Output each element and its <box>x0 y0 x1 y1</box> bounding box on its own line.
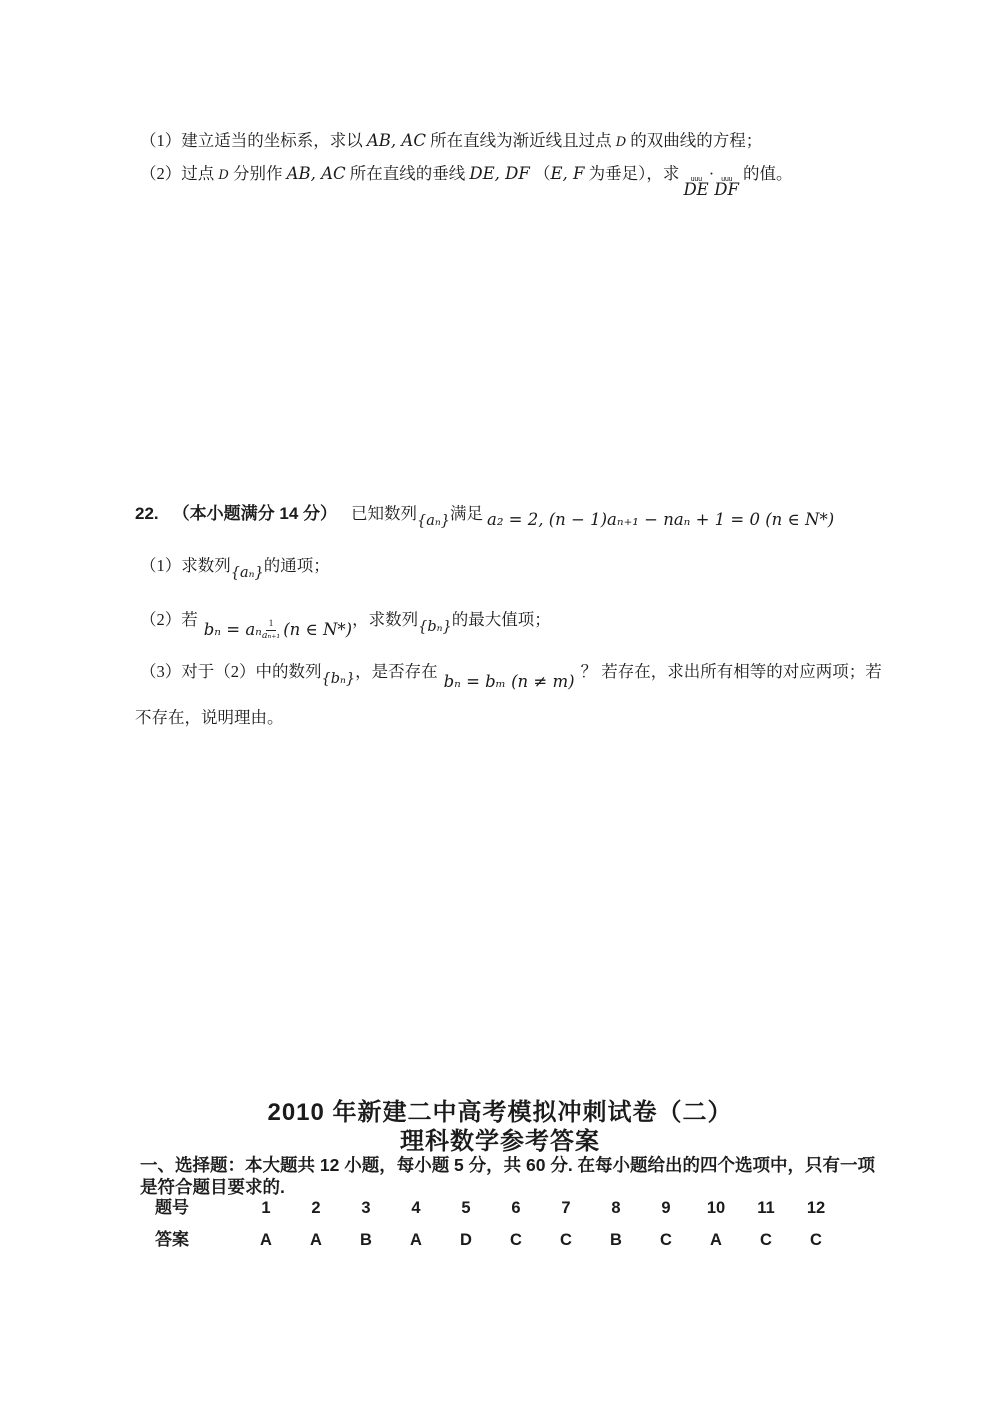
answer-table-number-row: 题号 1 2 3 4 5 6 7 8 9 10 11 12 <box>155 1193 841 1218</box>
question-number: 3 <box>341 1199 391 1218</box>
question-number: 10 <box>691 1199 741 1218</box>
q21-part1-point-d: D <box>616 135 626 150</box>
question-number: 8 <box>591 1199 641 1218</box>
q21-part2-text-pre: （2）过点 <box>140 164 218 183</box>
q21-part2-text-4: 为垂足），求 <box>584 164 683 183</box>
question-number: 5 <box>441 1199 491 1218</box>
q22-number: 22. <box>135 504 159 523</box>
vector-DF: uuuDF <box>714 177 739 199</box>
q22-part2-text-mid: ，求数列 <box>352 610 418 629</box>
question-number: 4 <box>391 1199 441 1218</box>
q22-part2-exponent-fraction: 1aₙ₊₁ <box>262 619 280 642</box>
q22-part2-b-equals: bₙ = aₙ <box>204 620 262 639</box>
q22-part2-formula: bₙ = aₙ1aₙ₊₁(n ∈ N*) <box>204 619 352 642</box>
q21-part2-ab-ac: AB, AC <box>287 164 346 183</box>
q21-part2-text-1: 分别作 <box>229 164 287 183</box>
vector-DE: uuuDE <box>683 177 708 199</box>
answer-letter: A <box>391 1231 441 1250</box>
q21-part1-text-pre: （1）建立适当的坐标系，求以 <box>140 131 367 150</box>
question-number: 1 <box>241 1199 291 1218</box>
answer-letter: D <box>441 1231 491 1250</box>
question-number: 9 <box>641 1199 691 1218</box>
document-page: （1）建立适当的坐标系，求以 AB, AC 所在直线为渐近线且过点 D 的双曲线… <box>0 0 1000 1415</box>
q21-part2-de-df: DE, DF <box>469 164 529 183</box>
q22-part2-line: （2）若bₙ = aₙ1aₙ₊₁(n ∈ N*)，求数列{bₙ}的最大值项； <box>140 610 551 642</box>
answer-letter: A <box>241 1231 291 1250</box>
q22-part3-continuation: 不存在，说明理由。 <box>135 708 284 729</box>
q21-part1-line: （1）建立适当的坐标系，求以 AB, AC 所在直线为渐近线且过点 D 的双曲线… <box>140 131 762 152</box>
question-number: 7 <box>541 1199 591 1218</box>
q21-part2-e-f: E, F <box>550 164 584 183</box>
q22-header-line: 22.（本小题满分 14 分）已知数列{aₙ}满足a₂ = 2, (n − 1)… <box>135 503 834 531</box>
q22-part3-seq-bn: {bₙ} <box>322 670 356 688</box>
q22-part2-text-post: 的最大值项； <box>452 610 551 629</box>
answer-letter: A <box>291 1231 341 1250</box>
q21-part2-text-3: （ <box>530 164 551 183</box>
answer-letter: A <box>691 1231 741 1250</box>
answer-letter: B <box>591 1231 641 1250</box>
answer-letter: C <box>541 1231 591 1250</box>
vector-DE-base: DE <box>683 182 708 199</box>
q22-part2-domain: (n ∈ N*) <box>283 620 352 639</box>
q22-part3-text-post: ？ 若存在，求出所有相等的对应两项；若 <box>581 662 882 681</box>
q21-part2-line: （2）过点 D 分别作 AB, AC 所在直线的垂线 DE, DF （E, F … <box>140 164 793 199</box>
q22-satisfies-text: 满足 <box>450 504 483 523</box>
answer-row-label: 答案 <box>155 1225 241 1250</box>
q21-part2-text-2: 所在直线的垂线 <box>346 164 470 183</box>
answer-key-subtitle: 理科数学参考答案 <box>0 1121 1000 1156</box>
q22-part1-text-pre: （1）求数列 <box>140 556 231 575</box>
fraction-denominator: aₙ₊₁ <box>262 631 280 642</box>
q22-seq-an: {aₙ} <box>417 512 450 530</box>
q22-part3-formula: bₙ = bₘ (n ≠ m) <box>444 672 575 693</box>
question-number: 11 <box>741 1199 791 1218</box>
answer-letter: C <box>741 1231 791 1250</box>
q21-part1-text-post: 的双曲线的方程； <box>626 131 762 150</box>
q22-part3-line: （3）对于（2）中的数列{bₙ}，是否存在bₙ = bₘ (n ≠ m)？ 若存… <box>140 662 882 693</box>
q22-part1-text-post: 的通项； <box>264 556 330 575</box>
answer-letter: C <box>641 1231 691 1250</box>
q22-part3-cont-text: 不存在，说明理由。 <box>135 708 284 727</box>
answer-key-table: 题号 1 2 3 4 5 6 7 8 9 10 11 12 答案 A A B A… <box>155 1193 841 1257</box>
answer-letter: C <box>491 1231 541 1250</box>
answer-letter: B <box>341 1231 391 1250</box>
question-number: 2 <box>291 1199 341 1218</box>
q21-part2-point-d: D <box>218 168 228 183</box>
question-number: 6 <box>491 1199 541 1218</box>
q22-part3-text-mid: ，是否存在 <box>355 662 438 681</box>
q22-part1-seq-an: {aₙ} <box>231 564 264 582</box>
answer-table-answer-row: 答案 A A B A D C C B C A C C <box>155 1225 841 1250</box>
q22-score: （本小题满分 14 分） <box>173 504 337 523</box>
q22-part2-text-pre: （2）若 <box>140 610 198 629</box>
vector-DF-base: DF <box>714 182 739 199</box>
q21-part2-text-post: 的值。 <box>739 164 793 183</box>
q22-part3-text-pre: （3）对于（2）中的数列 <box>140 662 322 681</box>
q22-main-formula: a₂ = 2, (n − 1)aₙ₊₁ − naₙ + 1 = 0 (n ∈ N… <box>487 510 834 531</box>
q22-part2-seq-bn: {bₙ} <box>418 618 452 636</box>
q21-part1-ab-ac: AB, AC <box>367 131 426 150</box>
answer-letter: C <box>791 1231 841 1250</box>
q22-intro-text: 已知数列 <box>351 504 417 523</box>
question-number: 12 <box>791 1199 841 1218</box>
question-number-row-label: 题号 <box>155 1193 241 1218</box>
q21-part1-text-mid: 所在直线为渐近线且过点 <box>426 131 616 150</box>
q22-part1-line: （1）求数列{aₙ}的通项； <box>140 556 330 582</box>
